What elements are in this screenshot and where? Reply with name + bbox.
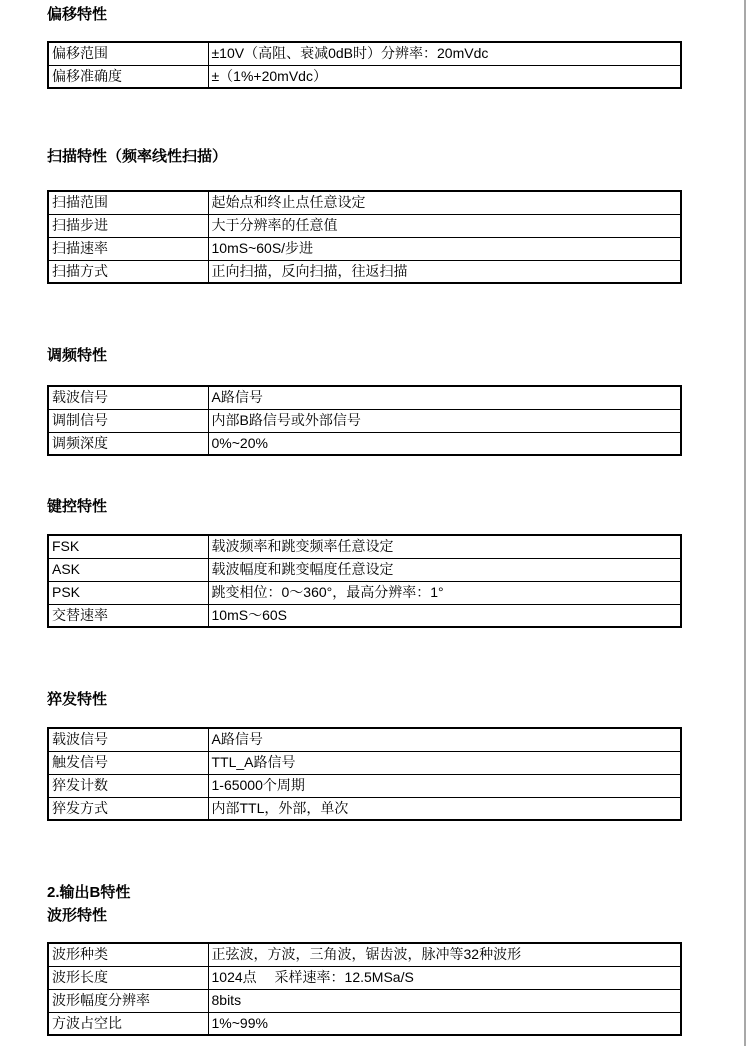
spec-value: 正向扫描，反向扫描，往返扫描 [208,260,681,283]
spec-label: 波形长度 [48,966,208,989]
table-row: 触发信号TTL_A路信号 [48,751,681,774]
spec-table-keying: FSK载波频率和跳变频率任意设定ASK载波幅度和跳变幅度任意设定PSK跳变相位：… [47,534,682,628]
spec-value: 正弦波，方波，三角波，锯齿波，脉冲等32种波形 [208,943,681,966]
spec-table-offset: 偏移范围±10V（高阻、衰减0dB时）分辨率：20mVdc偏移准确度±（1%+2… [47,41,682,89]
spec-value: 大于分辨率的任意值 [208,214,681,237]
spec-label: 扫描步进 [48,214,208,237]
spec-table-sweep: 扫描范围起始点和终止点任意设定扫描步进大于分辨率的任意值扫描速率10mS~60S… [47,190,682,284]
spec-value: 载波频率和跳变频率任意设定 [208,535,681,558]
spec-label: 调制信号 [48,409,208,432]
spec-table-waveform: 波形种类正弦波，方波，三角波，锯齿波，脉冲等32种波形波形长度1024点 采样速… [47,942,682,1036]
section-waveform: 2.输出B特性波形特性波形种类正弦波，方波，三角波，锯齿波，脉冲等32种波形波形… [47,885,687,1036]
table-row: 调频深度0%~20% [48,432,681,455]
spec-value: 内部TTL，外部，单次 [208,797,681,820]
spec-value: 载波幅度和跳变幅度任意设定 [208,558,681,581]
spec-table-burst: 载波信号A路信号触发信号TTL_A路信号猝发计数1-65000个周期猝发方式内部… [47,727,682,821]
spec-value: 起始点和终止点任意设定 [208,191,681,214]
section-title: 2.输出B特性 [47,885,687,901]
table-row: 扫描范围起始点和终止点任意设定 [48,191,681,214]
table-row: 波形幅度分辨率8bits [48,989,681,1012]
table-row: ASK载波幅度和跳变幅度任意设定 [48,558,681,581]
table-row: 猝发计数1-65000个周期 [48,774,681,797]
table-row: 交替速率10mS～60S [48,604,681,627]
spec-label: FSK [48,535,208,558]
spec-value: A路信号 [208,386,681,409]
spec-label: 猝发方式 [48,797,208,820]
spec-value: 10mS～60S [208,604,681,627]
table-row: 波形长度1024点 采样速率：12.5MSa/S [48,966,681,989]
section-title: 键控特性 [47,499,687,515]
spec-value: TTL_A路信号 [208,751,681,774]
table-row: 载波信号A路信号 [48,386,681,409]
document-page: 偏移特性偏移范围±10V（高阻、衰减0dB时）分辨率：20mVdc偏移准确度±（… [0,0,750,1046]
table-row: 方波占空比1%~99% [48,1012,681,1035]
table-row: 扫描方式正向扫描，反向扫描，往返扫描 [48,260,681,283]
spec-value: 0%~20% [208,432,681,455]
section-keying: 键控特性FSK载波频率和跳变频率任意设定ASK载波幅度和跳变幅度任意设定PSK跳… [47,499,687,628]
section-sweep: 扫描特性（频率线性扫描）扫描范围起始点和终止点任意设定扫描步进大于分辨率的任意值… [47,149,687,284]
section-subtitle: 波形特性 [47,908,687,924]
table-row: FSK载波频率和跳变频率任意设定 [48,535,681,558]
section-title: 扫描特性（频率线性扫描） [47,149,687,165]
spec-label: 触发信号 [48,751,208,774]
section-title: 偏移特性 [47,7,687,23]
spec-label: 扫描范围 [48,191,208,214]
section-burst: 猝发特性载波信号A路信号触发信号TTL_A路信号猝发计数1-65000个周期猝发… [47,692,687,821]
spec-label: 波形种类 [48,943,208,966]
spec-value: A路信号 [208,728,681,751]
spec-label: 波形幅度分辨率 [48,989,208,1012]
table-row: 猝发方式内部TTL，外部，单次 [48,797,681,820]
table-row: 扫描速率10mS~60S/步进 [48,237,681,260]
spec-label: 方波占空比 [48,1012,208,1035]
spec-value: 跳变相位：0～360°，最高分辨率：1° [208,581,681,604]
table-row: 偏移范围±10V（高阻、衰减0dB时）分辨率：20mVdc [48,42,681,65]
section-title: 猝发特性 [47,692,687,708]
section-title: 调频特性 [47,348,687,364]
spec-label: ASK [48,558,208,581]
spec-label: 扫描速率 [48,237,208,260]
spec-value: ±（1%+20mVdc） [208,65,681,88]
table-row: 波形种类正弦波，方波，三角波，锯齿波，脉冲等32种波形 [48,943,681,966]
document-body: 偏移特性偏移范围±10V（高阻、衰减0dB时）分辨率：20mVdc偏移准确度±（… [47,7,687,1036]
spec-value: 1%~99% [208,1012,681,1035]
spec-value: 8bits [208,989,681,1012]
spec-label: 偏移准确度 [48,65,208,88]
table-row: 载波信号A路信号 [48,728,681,751]
spec-value: 10mS~60S/步进 [208,237,681,260]
spec-value: 1-65000个周期 [208,774,681,797]
page-edge-divider [744,0,746,1046]
spec-label: PSK [48,581,208,604]
spec-value: 1024点 采样速率：12.5MSa/S [208,966,681,989]
spec-label: 载波信号 [48,728,208,751]
table-row: 扫描步进大于分辨率的任意值 [48,214,681,237]
spec-label: 载波信号 [48,386,208,409]
spec-table-fm: 载波信号A路信号调制信号内部B路信号或外部信号调频深度0%~20% [47,385,682,456]
spec-value: ±10V（高阻、衰减0dB时）分辨率：20mVdc [208,42,681,65]
spec-label: 猝发计数 [48,774,208,797]
table-row: PSK跳变相位：0～360°，最高分辨率：1° [48,581,681,604]
table-row: 调制信号内部B路信号或外部信号 [48,409,681,432]
table-row: 偏移准确度±（1%+20mVdc） [48,65,681,88]
spec-label: 扫描方式 [48,260,208,283]
spec-value: 内部B路信号或外部信号 [208,409,681,432]
section-offset: 偏移特性偏移范围±10V（高阻、衰减0dB时）分辨率：20mVdc偏移准确度±（… [47,7,687,89]
spec-label: 交替速率 [48,604,208,627]
spec-label: 调频深度 [48,432,208,455]
spec-label: 偏移范围 [48,42,208,65]
section-fm: 调频特性载波信号A路信号调制信号内部B路信号或外部信号调频深度0%~20% [47,348,687,456]
